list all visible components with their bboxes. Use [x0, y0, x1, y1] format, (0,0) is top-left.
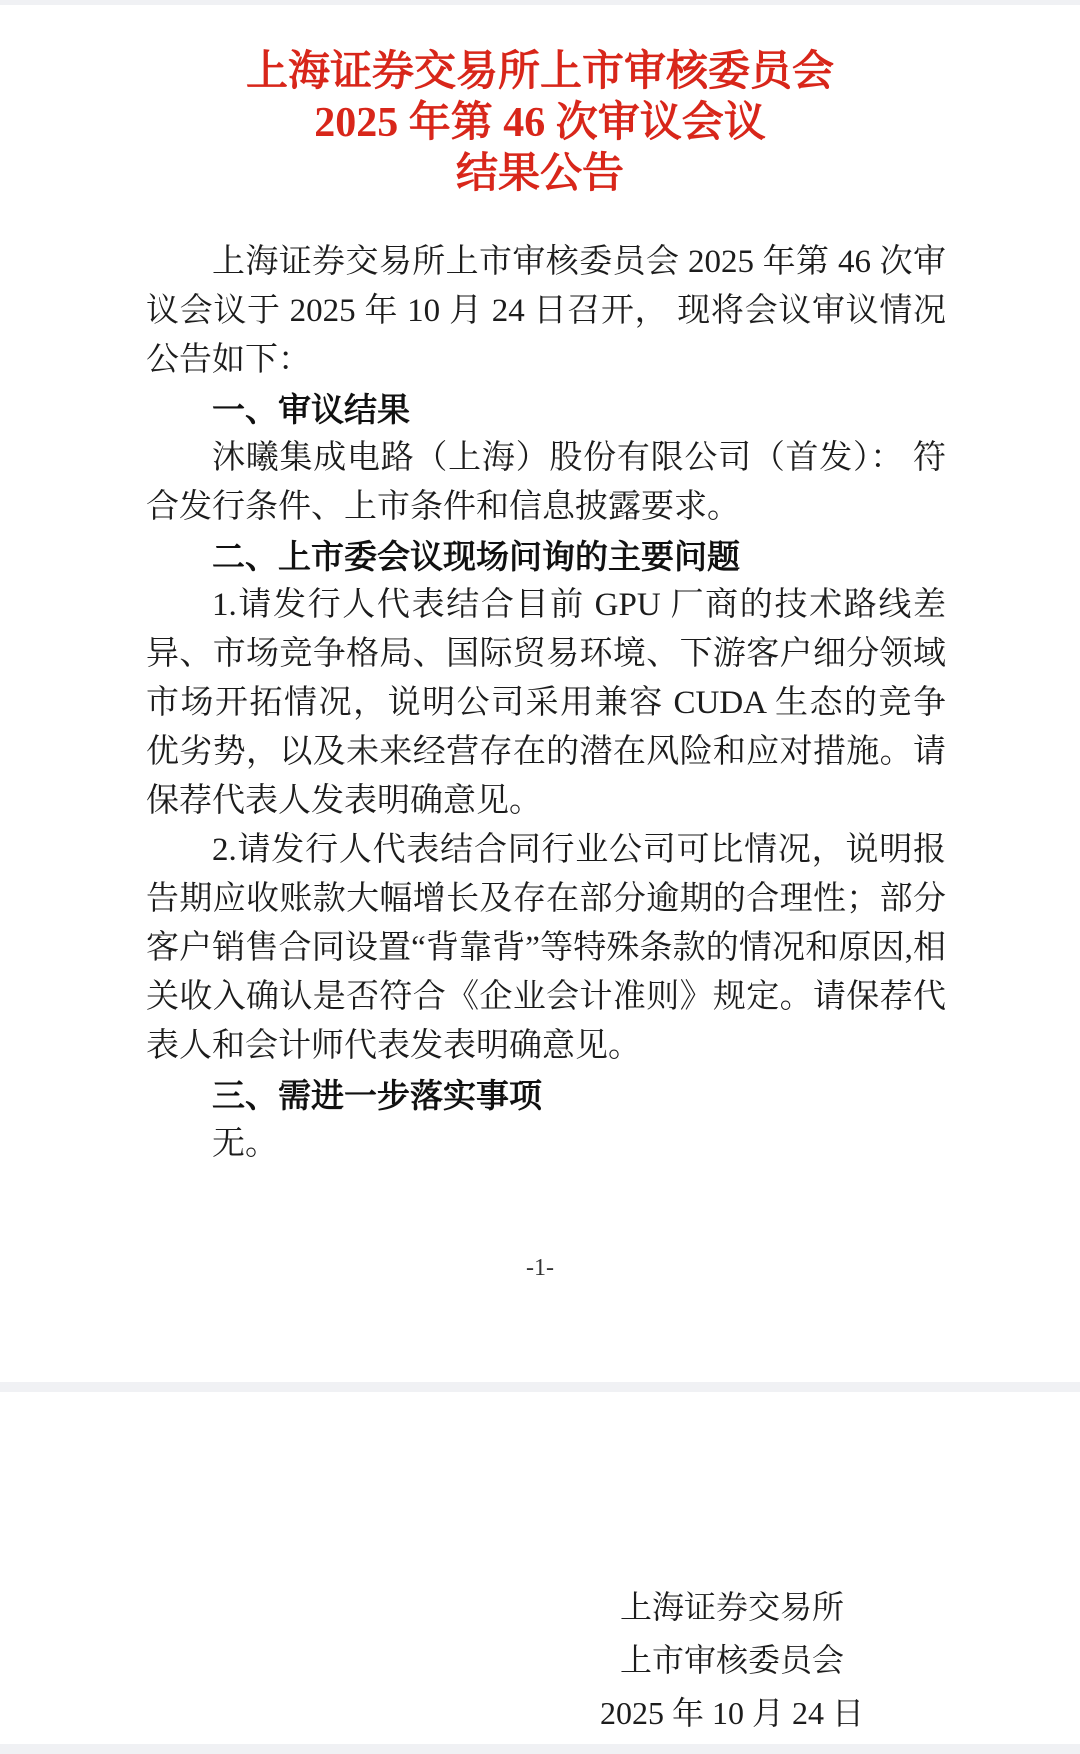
title-line-1: 上海证券交易所上市审核委员会: [0, 47, 1080, 98]
signature-date: 2025 年 10 月 24 日: [582, 1687, 882, 1740]
document-title: 上海证券交易所上市审核委员会 2025 年第 46 次审议会议 结果公告: [0, 5, 1080, 200]
document-viewer: 上海证券交易所上市审核委员会 2025 年第 46 次审议会议 结果公告 上海证…: [0, 0, 1080, 1754]
page-number: -1-: [0, 1255, 1080, 1282]
section-1-text: 沐曦集成电路（上海）股份有限公司（首发）： 符合发行条件、上市条件和信息披露要求…: [146, 434, 946, 532]
signature-block: 上海证券交易所 上市审核委员会 2025 年 10 月 24 日: [582, 1581, 882, 1740]
section-2-heading: 二、上市委会议现场问询的主要问题: [146, 532, 946, 581]
document-page-1: 上海证券交易所上市审核委员会 2025 年第 46 次审议会议 结果公告 上海证…: [0, 5, 1080, 1382]
page-gap-between: [0, 1382, 1080, 1392]
page-gap-bottom: [0, 1744, 1080, 1754]
document-body: 上海证券交易所上市审核委员会 2025 年第 46 次审议会议于 2025 年 …: [146, 238, 946, 1169]
intro-paragraph: 上海证券交易所上市审核委员会 2025 年第 46 次审议会议于 2025 年 …: [146, 238, 946, 385]
section-2-item-1: 1.请发行人代表结合目前 GPU 厂商的技术路线差异、市场竞争格局、国际贸易环境…: [146, 581, 946, 826]
title-line-3: 结果公告: [0, 149, 1080, 200]
section-3-heading: 三、需进一步落实事项: [146, 1071, 946, 1120]
document-page-2: 上海证券交易所 上市审核委员会 2025 年 10 月 24 日: [0, 1392, 1080, 1744]
section-3-text: 无。: [146, 1120, 946, 1169]
section-1-heading: 一、审议结果: [146, 385, 946, 434]
signature-org-line-1: 上海证券交易所: [582, 1581, 882, 1634]
section-2-item-2: 2.请发行人代表结合同行业公司可比情况，说明报告期应收账款大幅增长及存在部分逾期…: [146, 826, 946, 1071]
title-line-2: 2025 年第 46 次审议会议: [0, 98, 1080, 149]
signature-org-line-2: 上市审核委员会: [582, 1634, 882, 1687]
